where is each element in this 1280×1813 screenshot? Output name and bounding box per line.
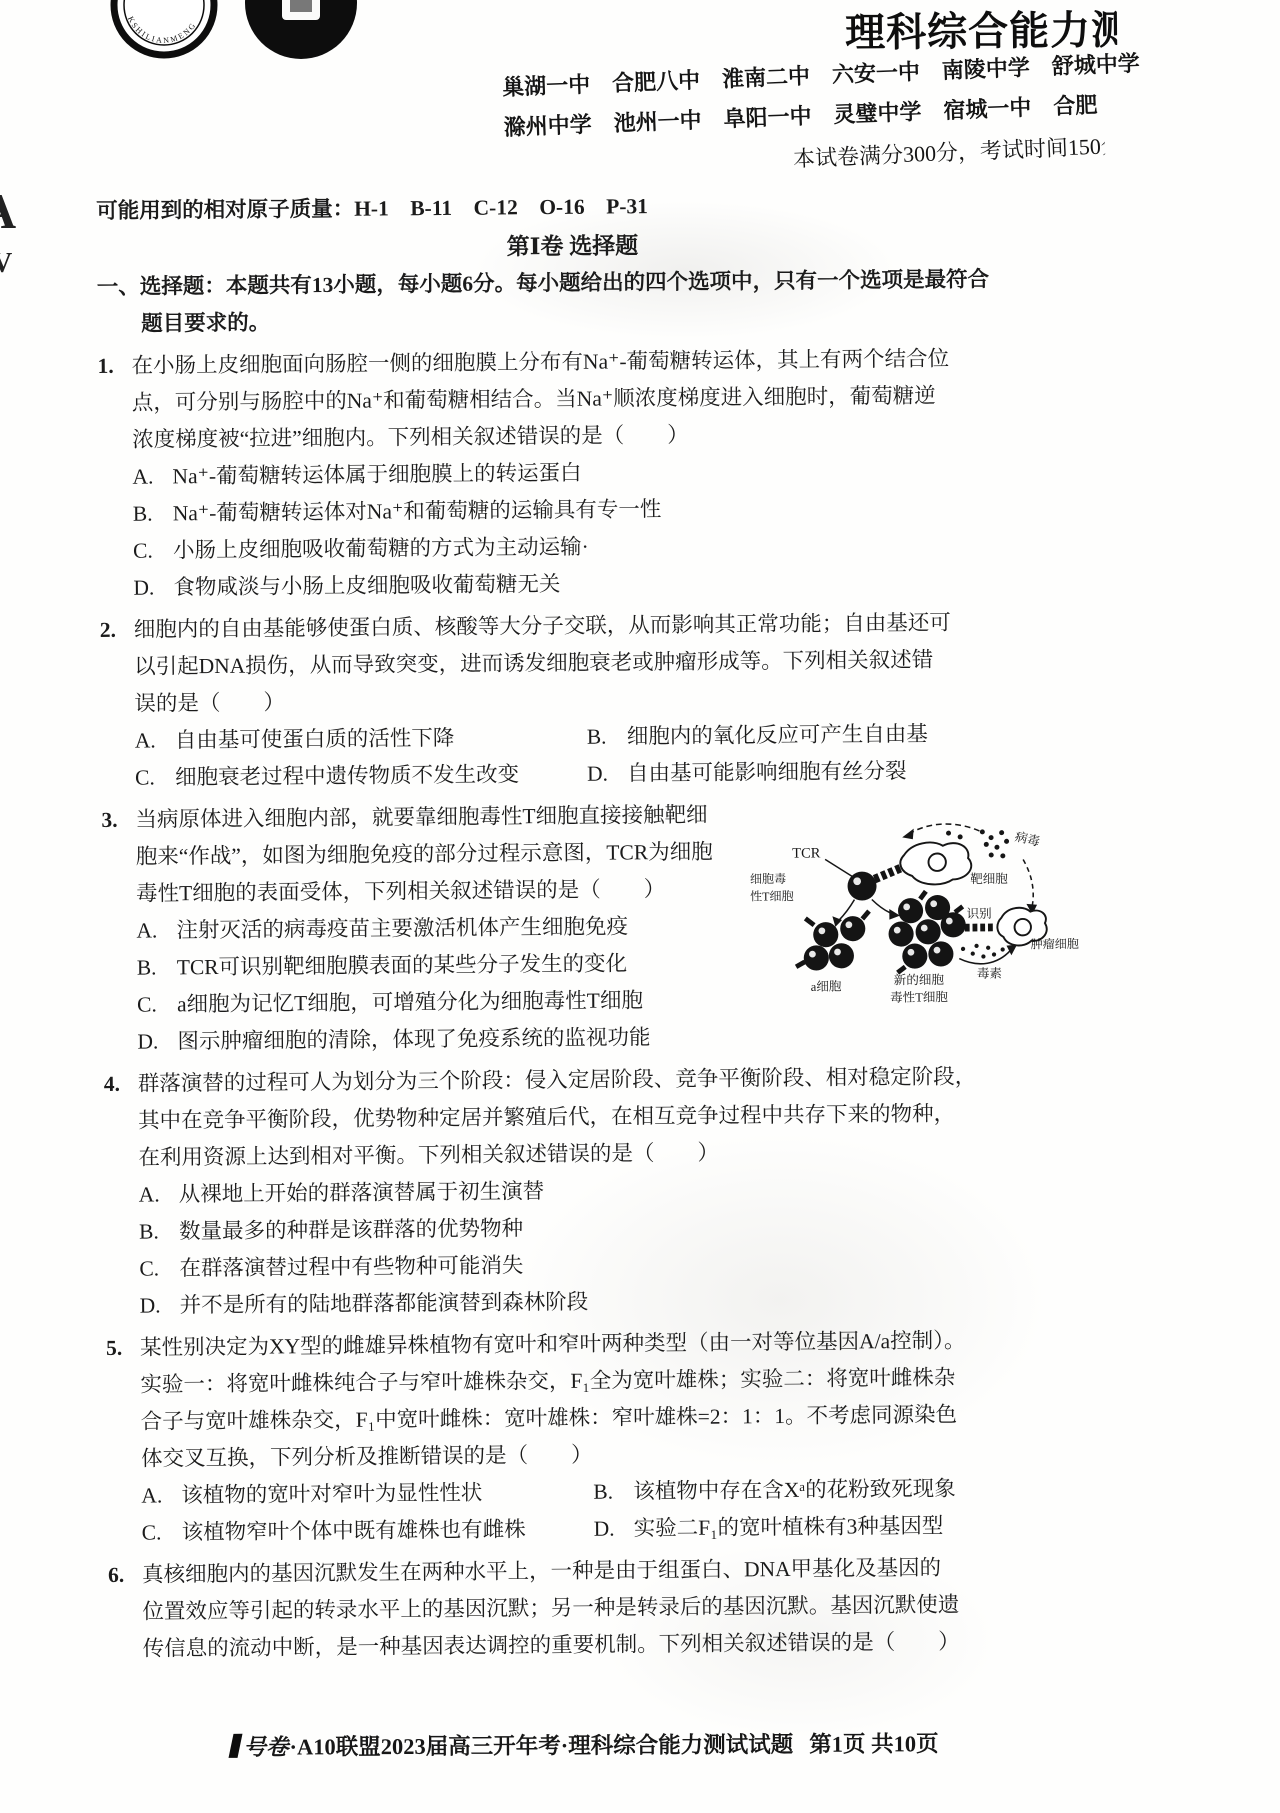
diagram-label-toxin: 毒素 xyxy=(977,966,1002,981)
diagram-label-new-t-2: 毒性T细胞 xyxy=(890,989,948,1005)
question-number: 4. xyxy=(104,1066,140,1325)
option-d: D.自由基可能影响细胞有丝分裂 xyxy=(587,752,1053,793)
option-d: D.并不是所有的陆地群落都能演替到森林阶段 xyxy=(140,1280,1058,1325)
diagram-label-tcr: TCR xyxy=(792,845,821,861)
question-stem: 细胞内的自由基能够使蛋白质、核酸等大分子交联，从而影响其正常功能；自由基还可 以… xyxy=(134,604,1053,723)
question-number: 6. xyxy=(108,1557,143,1668)
brand-mark-icon xyxy=(229,1734,243,1758)
margin-mark: A xyxy=(0,182,16,240)
question-stem: 群落演替的过程可人为划分为三个阶段：侵入定居阶段、竞争平衡阶段、相对稳定阶段， … xyxy=(138,1058,1057,1177)
diagram-label-target-cell: 靶细胞 xyxy=(970,871,1008,886)
exam-paper-page: A V KSHILIANMENG 理科综合能力测试 巢湖一中 合肥八中 淮南二中… xyxy=(0,0,1280,1813)
option-b: B.细胞内的氧化反应可产生自由基 xyxy=(587,715,1053,756)
question-number: 5. xyxy=(106,1330,142,1552)
league-logos: KSHILIANMENG xyxy=(86,0,376,73)
diagram-label-recognize: 识别 xyxy=(967,906,992,921)
question-3: 3. 病毒 xyxy=(101,794,1055,1061)
question-5: 5. 某性别决定为XY型的雌雄异株植物有宽叶和窄叶两种类型（由一对等位基因A/a… xyxy=(106,1322,1060,1552)
section-instruction: 一、选择题：本题共有13小题，每小题6分。每小题给出的四个选项中，只有一个选项是… xyxy=(97,261,1050,343)
question-4: 4. 群落演替的过程可人为划分为三个阶段：侵入定居阶段、竞争平衡阶段、相对稳定阶… xyxy=(104,1058,1058,1325)
diagram-label-cytotoxic-t-2: 性T细胞 xyxy=(750,888,794,903)
margin-mark: V xyxy=(0,248,12,280)
cytotoxic-t-cell-icon xyxy=(847,871,876,900)
option-a: A.自由基可使蛋白质的活性下降 xyxy=(135,719,587,760)
question-2: 2. 细胞内的自由基能够使蛋白质、核酸等大分子交联，从而影响其正常功能；自由基还… xyxy=(100,604,1054,797)
exam-body: 可能用到的相对原子质量：H-1 B-11 C-12 O-16 P-31 第Ⅰ卷 … xyxy=(96,185,1061,1668)
cell-immunity-diagram: 病毒 TCR 细胞毒 xyxy=(748,819,1090,1020)
option-c: C.该植物窄叶个体中既有雄株也有雌株 xyxy=(142,1511,594,1552)
diagram-label-a-cell: a细胞 xyxy=(811,980,842,994)
question-number: 3. xyxy=(101,802,137,1061)
exam-info: 本试卷满分300分，考试时间150分钟 xyxy=(792,129,1105,176)
option-d: D.图示肿瘤细胞的清除，体现了免疫系统的监视功能 xyxy=(137,1016,1055,1061)
atomic-mass-note: 可能用到的相对原子质量：H-1 B-11 C-12 O-16 P-31 xyxy=(96,185,1048,230)
new-cytotoxic-t-cluster-icon xyxy=(888,891,966,973)
question-stem: 某性别决定为XY型的雌雄异株植物有宽叶和窄叶两种类型（由一对等位基因A/a控制）… xyxy=(140,1322,1059,1478)
cell-immunity-figure: 病毒 TCR 细胞毒 xyxy=(748,819,1090,1020)
question-1: 1. 在小肠上皮细胞面向肠腔一侧的细胞膜上分布有Na⁺-葡萄糖转运体，其上有两个… xyxy=(97,340,1051,607)
question-stem: 在小肠上皮细胞面向肠腔一侧的细胞膜上分布有Na⁺-葡萄糖转运体，其上有两个结合位… xyxy=(131,340,1050,459)
question-number: 2. xyxy=(100,612,136,797)
question-number: 1. xyxy=(97,348,133,607)
logo-stamps-graphic: KSHILIANMENG xyxy=(86,0,376,68)
option-b: B.该植物中存在含Xᵃ的花粉致死现象 xyxy=(593,1470,1059,1511)
question-6: 6. 真核细胞内的基因沉默发生在两种水平上，一种是由于组蛋白、DNA甲基化及基因… xyxy=(108,1549,1061,1668)
page-footer: 号卷·A10联盟2023届高三开年考·理科综合能力测试试题第1页 共10页 xyxy=(0,1725,1170,1763)
footer-page-number: 第1页 共10页 xyxy=(809,1731,939,1757)
diagram-label-new-t-1: 新的细胞 xyxy=(894,973,945,987)
option-a: A.该植物的宽叶对窄叶为显性性状 xyxy=(141,1474,593,1515)
toxin-particles-icon xyxy=(961,944,1005,959)
option-d: D.实验二F₁的宽叶植株有3种基因型 xyxy=(594,1507,1060,1548)
stamp-ring-icon xyxy=(114,0,214,55)
diagram-label-virus: 病毒 xyxy=(1014,829,1042,850)
diagram-label-cytotoxic-t-1: 细胞毒 xyxy=(750,871,786,886)
option-c: C.细胞衰老过程中遗传物质不发生改变 xyxy=(135,756,587,797)
diagram-label-tumor-cell: 肿瘤细胞 xyxy=(1031,937,1079,951)
question-stem: 真核细胞内的基因沉默发生在两种水平上，一种是由于组蛋白、DNA甲基化及基因的 位… xyxy=(142,1549,1061,1668)
footer-brand: 号卷 xyxy=(243,1735,288,1760)
footer-text: ·A10联盟2023届高三开年考·理科综合能力测试试题 xyxy=(289,1732,793,1760)
a-cell-cluster-icon xyxy=(796,911,870,971)
option-d: D.食物咸淡与小肠上皮细胞吸收葡萄糖无关 xyxy=(133,562,1051,607)
